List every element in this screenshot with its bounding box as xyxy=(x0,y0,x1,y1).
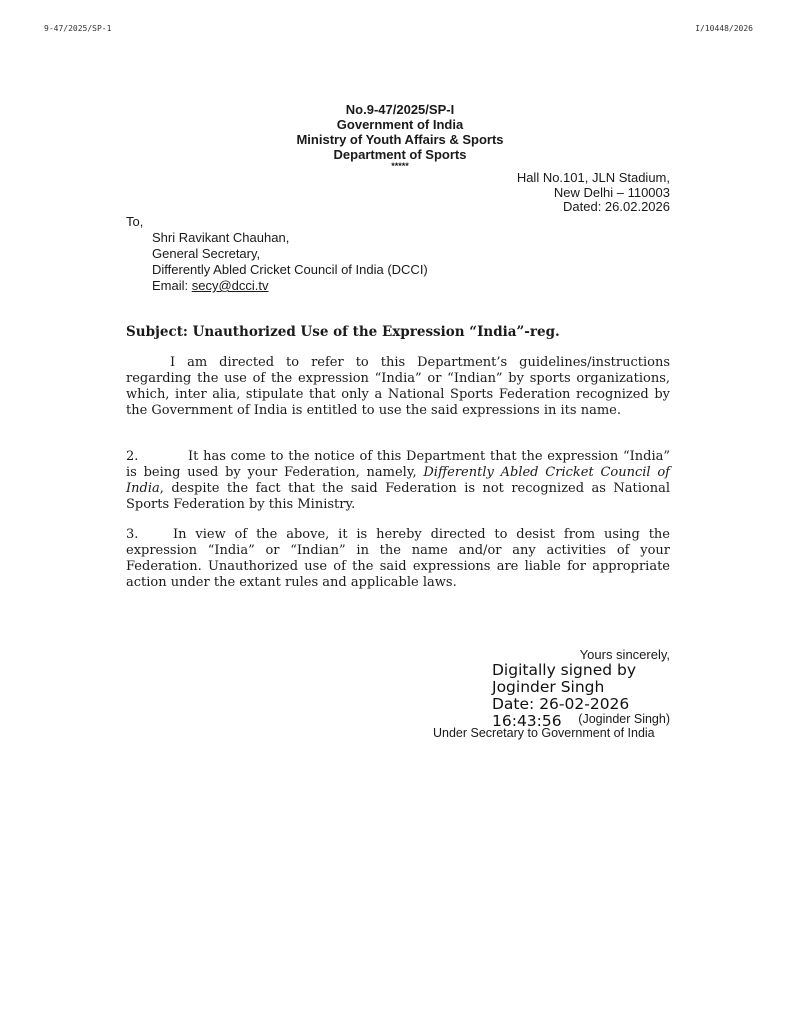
paragraph-3: 3.In view of the above, it is hereby dir… xyxy=(126,527,670,591)
letterhead-separator: ***** xyxy=(200,162,600,170)
letterhead: No.9-47/2025/SP-I Government of India Mi… xyxy=(200,102,600,170)
signatory-designation: Under Secretary to Government of India xyxy=(433,726,679,740)
digital-sign-line-1: Digitally signed by xyxy=(492,662,636,679)
closing: Yours sincerely, xyxy=(580,647,670,662)
address-line-2: New Delhi – 110003 xyxy=(517,186,670,201)
recipient-email-line: Email: secy@dcci.tv xyxy=(126,278,428,294)
paragraph-1: I am directed to refer to this Departmen… xyxy=(126,355,670,419)
paragraph-2-text-b: , despite the fact that the said Federat… xyxy=(126,481,670,512)
paragraph-3-text: In view of the above, it is hereby direc… xyxy=(126,527,670,590)
email-link[interactable]: secy@dcci.tv xyxy=(192,278,269,293)
recipient-block: To, Shri Ravikant Chauhan, General Secre… xyxy=(126,214,428,294)
paragraph-2-number: 2. xyxy=(126,449,188,465)
subject-line: Subject: Unauthorized Use of the Express… xyxy=(126,324,560,340)
digital-sign-line-2: Joginder Singh xyxy=(492,679,636,696)
recipient-designation: General Secretary, xyxy=(126,246,428,262)
file-number: No.9-47/2025/SP-I xyxy=(200,102,600,117)
paragraph-3-number: 3. xyxy=(126,527,173,543)
recipient-name: Shri Ravikant Chauhan, xyxy=(126,230,428,246)
sender-address: Hall No.101, JLN Stadium, New Delhi – 11… xyxy=(517,171,670,215)
signatory-name: (Joginder Singh) xyxy=(578,712,670,726)
recipient-organization: Differently Abled Cricket Council of Ind… xyxy=(126,262,428,278)
page-header-right-ref: I/10448/2026 xyxy=(695,24,753,33)
to-label: To, xyxy=(126,214,428,230)
letter-date: Dated: 26.02.2026 xyxy=(517,200,670,215)
paragraph-2: 2.It has come to the notice of this Depa… xyxy=(126,449,670,513)
letterhead-ministry: Ministry of Youth Affairs & Sports xyxy=(200,132,600,147)
digital-sign-line-3: Date: 26-02-2026 xyxy=(492,696,636,713)
address-line-1: Hall No.101, JLN Stadium, xyxy=(517,171,670,186)
letterhead-government: Government of India xyxy=(200,117,600,132)
email-label: Email: xyxy=(152,278,192,293)
page-header-left-ref: 9-47/2025/SP-1 xyxy=(44,24,111,33)
letterhead-department: Department of Sports xyxy=(200,147,600,162)
